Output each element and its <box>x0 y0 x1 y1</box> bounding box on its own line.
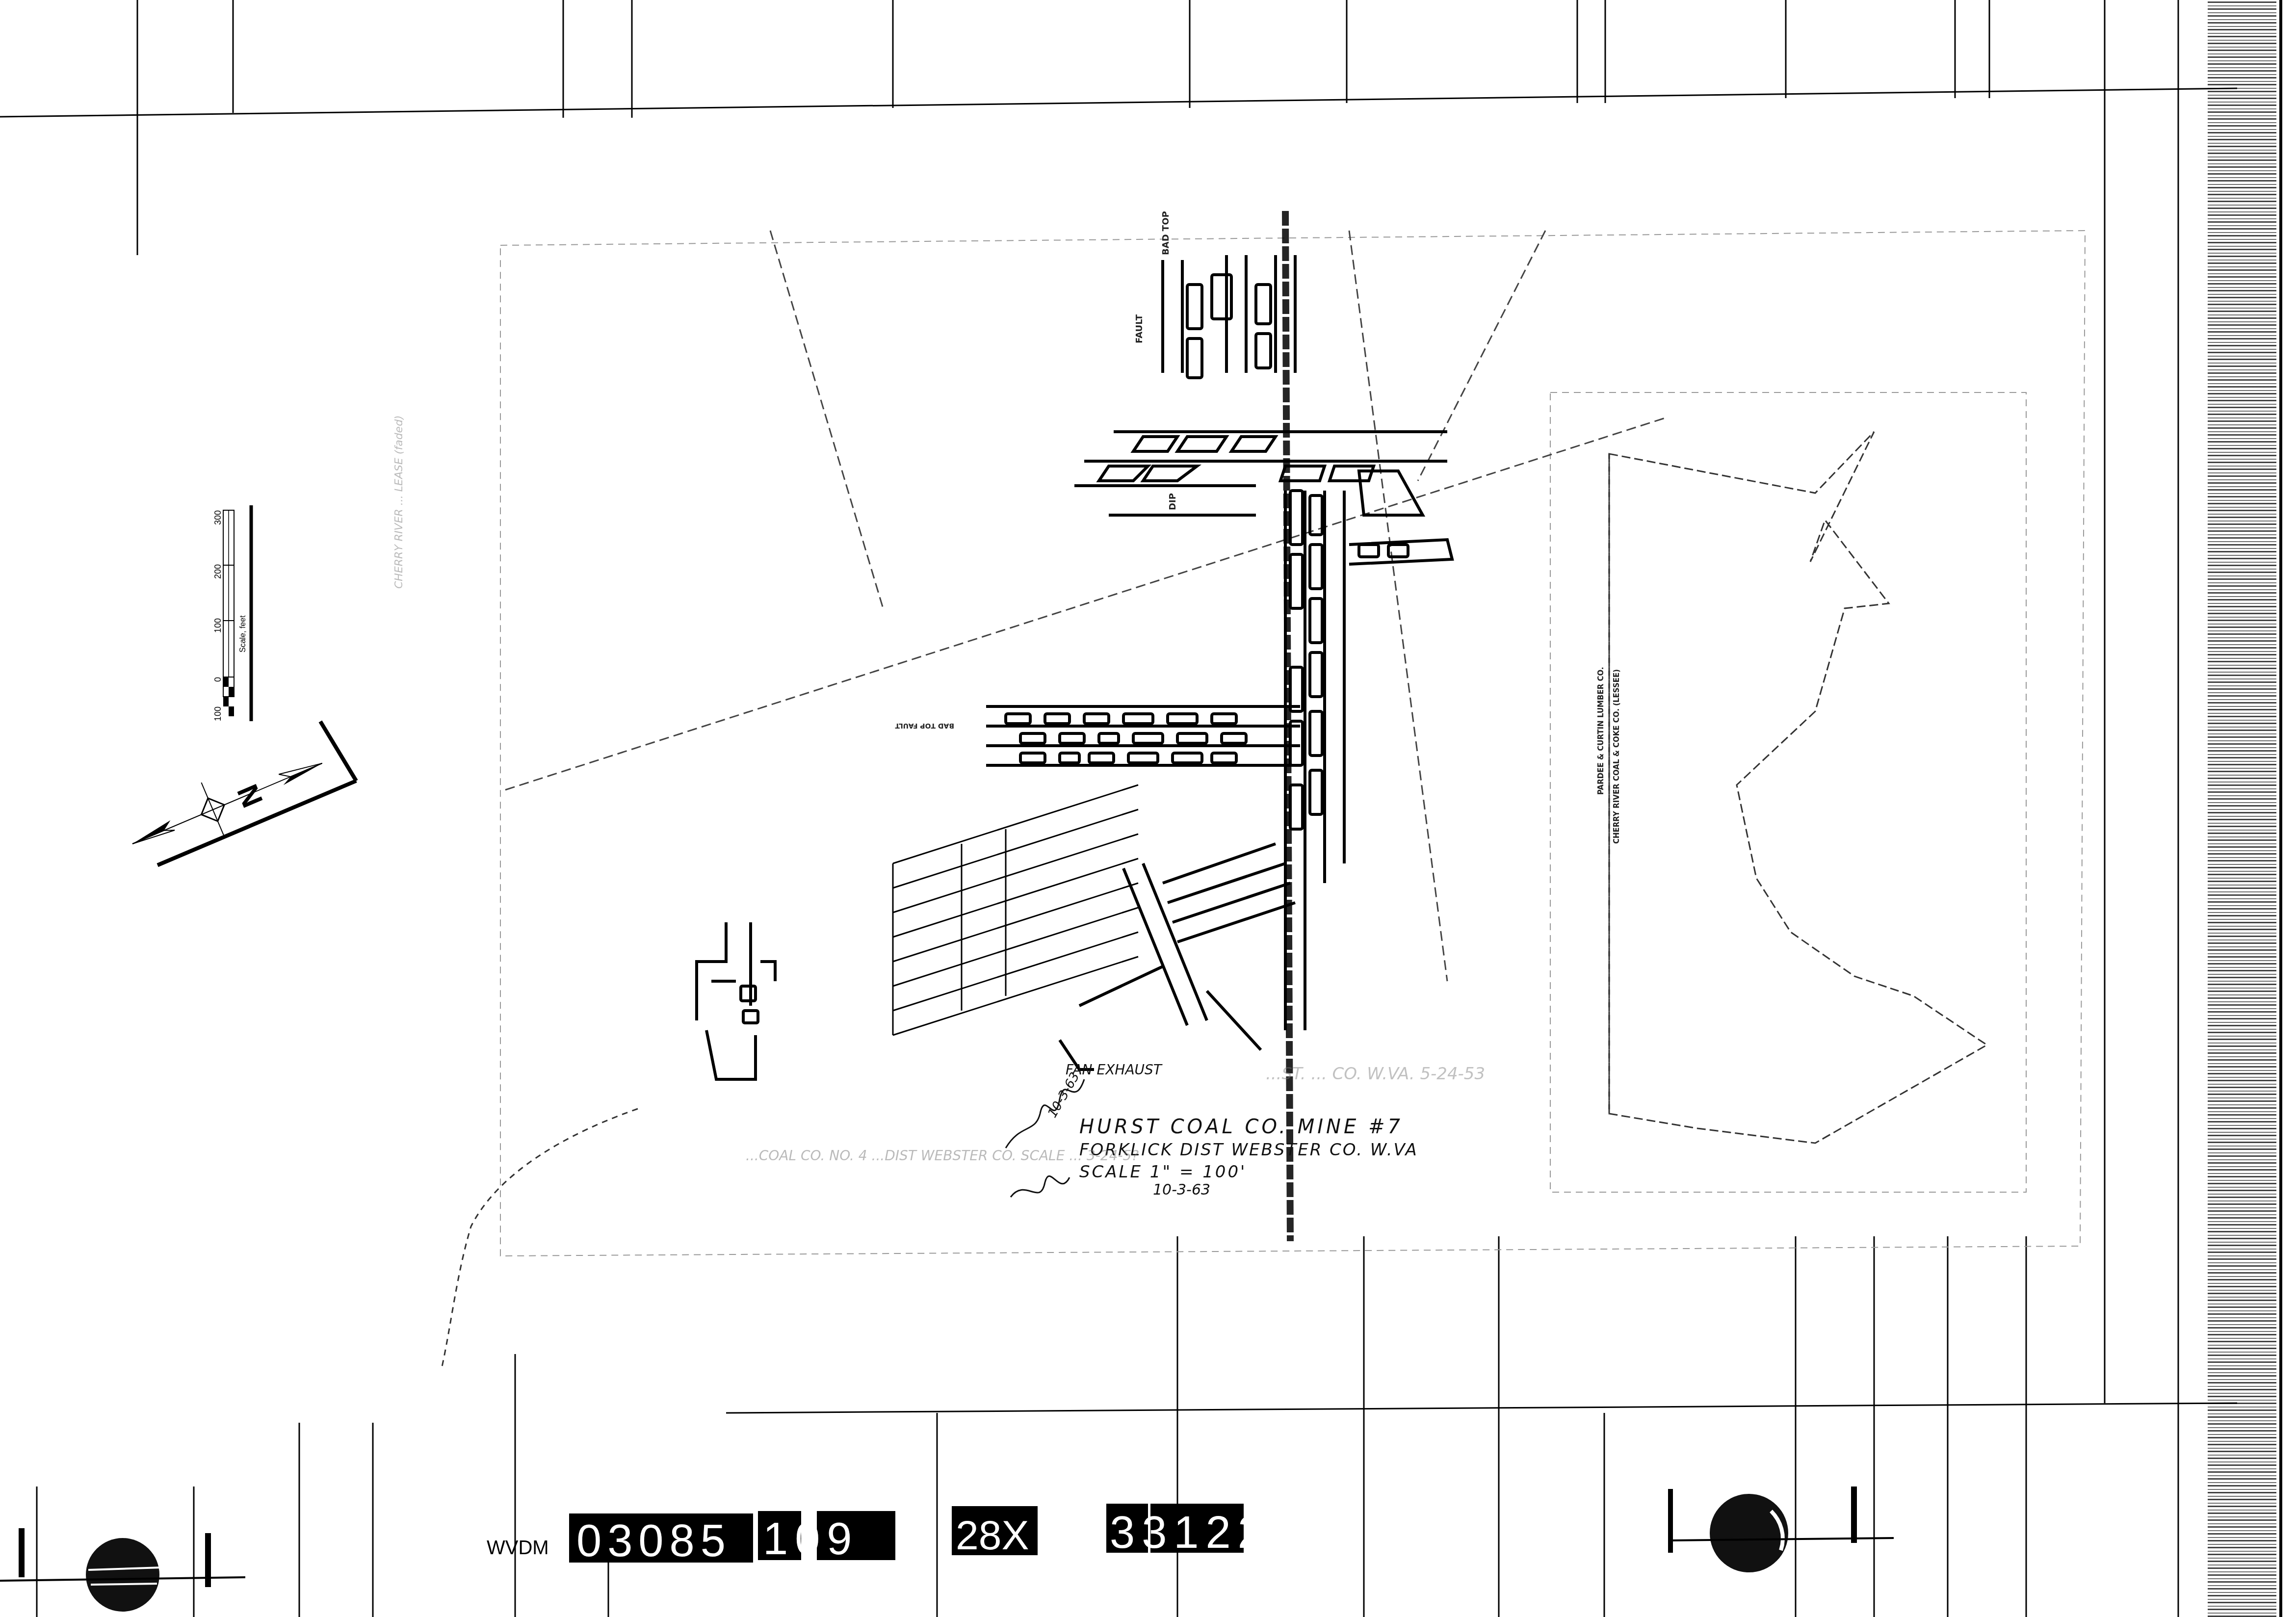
scale-label: Scale, feet <box>239 615 247 652</box>
scale-tick-100: 100 <box>213 618 223 633</box>
bad-top-label: BAD TOP <box>1161 211 1171 255</box>
film-number-2: 109 <box>763 1514 859 1564</box>
scale-tick-0: 0 <box>213 677 223 682</box>
title-line-3: SCALE 1" = 100' <box>1079 1162 1247 1182</box>
panel-lines <box>893 785 1138 1035</box>
film-number-1: 03085 <box>576 1516 731 1566</box>
owner-pardee-curtin: PARDEE & CURTIN LUMBER CO. <box>1596 667 1605 795</box>
film-prefix: WVDM <box>487 1537 549 1559</box>
scale-tick-200: 200 <box>213 564 223 579</box>
film-reduction: 28X <box>956 1512 1029 1558</box>
scale-tick-300: 300 <box>213 510 223 525</box>
scale-tick-100-left: 100 <box>213 706 223 721</box>
registration-mark-right-icon <box>1668 1487 1894 1572</box>
mine-workings <box>697 255 1452 1079</box>
signature-date: 10-3-63 <box>1045 1070 1083 1121</box>
title-date: 10-3-63 <box>1153 1181 1210 1199</box>
faded-title-lower-left: ...COAL CO. NO. 4 ...DIST WEBSTER CO. SC… <box>746 1148 1139 1164</box>
north-letter: N <box>231 780 269 812</box>
scan-smudge <box>1285 211 1290 1241</box>
left-margin-note: CHERRY RIVER ... LEASE (faded) <box>393 415 405 589</box>
signatures <box>1006 1079 1084 1197</box>
map-sheet: HURST COAL CO. MINE #7 FORKLICK DIST WEB… <box>0 0 2296 1617</box>
stream-line <box>442 1109 638 1369</box>
film-number-3: 331223 <box>1110 1508 1302 1558</box>
aperture-grid <box>0 0 2237 1617</box>
survey-lines <box>505 231 1668 981</box>
fault-label: FAULT <box>1134 314 1145 343</box>
property-boundary <box>1609 432 1987 1143</box>
owner-cherry-river: CHERRY RIVER COAL & COKE CO. (LESSEE) <box>1612 669 1621 844</box>
film-id-strip: WVDM 03085 109 28X 331223 <box>487 1504 1302 1566</box>
scale-bar: 100 0 100 200 300 Scale, feet <box>213 505 251 721</box>
bad-top-fault-label: BAD TOP FAULT <box>895 722 954 730</box>
faded-title-center: ...ST. ... CO. W.VA. 5-24-53 <box>1266 1064 1485 1084</box>
dip-label: DIP <box>1168 493 1178 510</box>
title-line-1: HURST COAL CO. MINE #7 <box>1079 1116 1403 1138</box>
north-arrow-icon: N <box>117 718 356 871</box>
fan-exhaust-label: FAN EXHAUST <box>1066 1062 1163 1078</box>
